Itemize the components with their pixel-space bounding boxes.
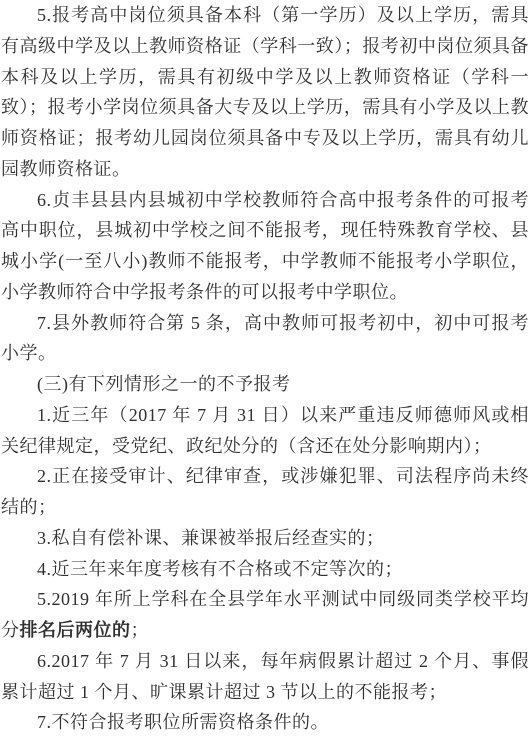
text-segment: 6.2017 年 7 月 31 日以来，每年病假累计超过 2 个月、事假累计超过… xyxy=(1,651,529,702)
paragraph-exclusion-item-4: 4.近三年来年度考核有不合格或不定等次的； xyxy=(1,554,529,585)
text-segment: 6.贞丰县县内县城初中学校教师符合高中报考条件的可报考高中职位，县城初中学校之间… xyxy=(1,190,529,302)
section-heading-three: (三)有下列情形之一的不予报考 xyxy=(1,369,529,400)
paragraph-qualification-item-6: 6.贞丰县县内县城初中学校教师符合高中报考条件的可报考高中职位，县城初中学校之间… xyxy=(1,185,529,308)
text-segment: 7.县外教师符合第 5 条，高中教师可报考初中，初中可报考小学。 xyxy=(1,313,529,364)
text-segment: (三)有下列情形之一的不予报考 xyxy=(37,374,291,394)
text-segment: 5.报考高中岗位须具备本科（第一学历）及以上学历，需具有高级中学及以上教师资格证… xyxy=(1,5,529,179)
paragraph-exclusion-item-3: 3.私自有偿补课、兼课被举报后经查实的； xyxy=(1,523,529,554)
text-segment: ； xyxy=(131,620,150,640)
text-segment: 2.正在接受审计、纪律审查，或涉嫌犯罪、司法程序尚未终结的； xyxy=(1,466,529,517)
paragraph-exclusion-item-1: 1.近三年（2017 年 7 月 31 日）以来严重违反师德师风或相关纪律规定，… xyxy=(1,400,529,462)
paragraph-exclusion-item-5: 5.2019 年所上学科在全县学年水平测试中同级同类学校平均分排名后两位的； xyxy=(1,584,529,646)
paragraph-exclusion-item-7: 7.不符合报考职位所需资格条件的。 xyxy=(1,707,529,738)
text-segment: 3.私自有偿补课、兼课被举报后经查实的； xyxy=(37,528,385,548)
text-segment: 7.不符合报考职位所需资格条件的。 xyxy=(37,712,329,732)
text-segment: 4.近三年来年度考核有不合格或不定等次的； xyxy=(37,559,403,579)
paragraph-exclusion-item-2: 2.正在接受审计、纪律审查，或涉嫌犯罪、司法程序尚未终结的； xyxy=(1,461,529,523)
paragraph-qualification-item-7: 7.县外教师符合第 5 条，高中教师可报考初中，初中可报考小学。 xyxy=(1,308,529,370)
paragraph-exclusion-item-6: 6.2017 年 7 月 31 日以来，每年病假累计超过 2 个月、事假累计超过… xyxy=(1,646,529,708)
document-page: 5.报考高中岗位须具备本科（第一学历）及以上学历，需具有高级中学及以上教师资格证… xyxy=(0,0,530,738)
emphasis-bold-text: 排名后两位的 xyxy=(20,620,131,640)
paragraph-qualification-item-5: 5.报考高中岗位须具备本科（第一学历）及以上学历，需具有高级中学及以上教师资格证… xyxy=(1,0,529,185)
text-segment: 1.近三年（2017 年 7 月 31 日）以来严重违反师德师风或相关纪律规定，… xyxy=(1,405,529,456)
